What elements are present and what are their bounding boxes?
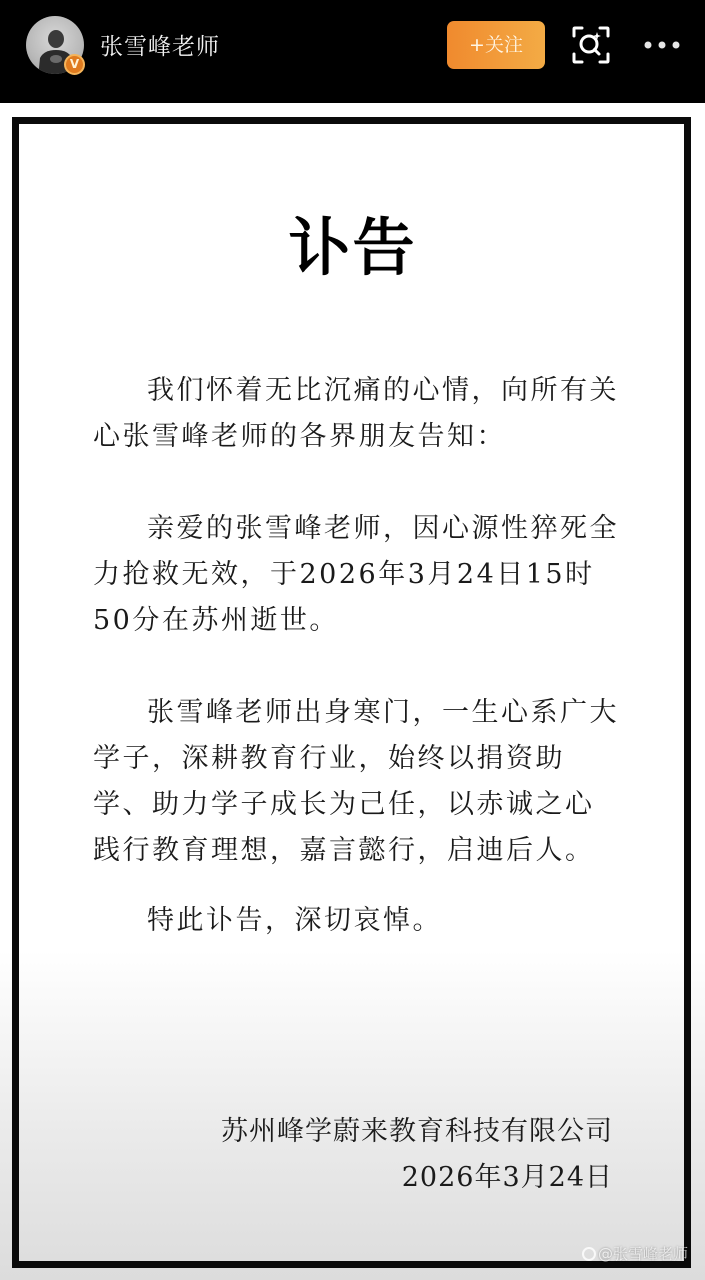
verified-badge-icon: V: [64, 54, 85, 75]
notice-paragraph-1: 我们怀着无比沉痛的心情，向所有关心张雪峰老师的各界朋友告知：: [93, 368, 623, 460]
more-icon[interactable]: [642, 30, 682, 60]
weibo-logo-icon: [582, 1247, 596, 1261]
notice-paragraph-4: 特此讣告，深切哀悼。: [93, 898, 623, 944]
profile-header: V 张雪峰老师 +关注: [0, 0, 705, 103]
obituary-image: 讣告 我们怀着无比沉痛的心情，向所有关心张雪峰老师的各界朋友告知： 亲爱的张雪峰…: [0, 103, 705, 1280]
weibo-watermark: @张雪峰老师: [582, 1243, 688, 1264]
notice-title: 讣告: [0, 198, 705, 287]
notice-paragraph-2: 亲爱的张雪峰老师，因心源性猝死全力抢救无效，于2026年3月24日15时50分在…: [93, 506, 623, 644]
follow-button[interactable]: +关注: [447, 21, 545, 69]
scan-search-icon[interactable]: [572, 26, 610, 64]
signature-organization: 苏州峰学蔚来教育科技有限公司: [221, 1109, 613, 1148]
notice-paragraph-3: 张雪峰老师出身寒门，一生心系广大学子，深耕教育行业，始终以捐资助学、助力学子成长…: [93, 690, 623, 874]
signature-date: 2026年3月24日: [402, 1155, 613, 1194]
username[interactable]: 张雪峰老师: [100, 28, 220, 61]
watermark-text: @张雪峰老师: [598, 1245, 688, 1263]
